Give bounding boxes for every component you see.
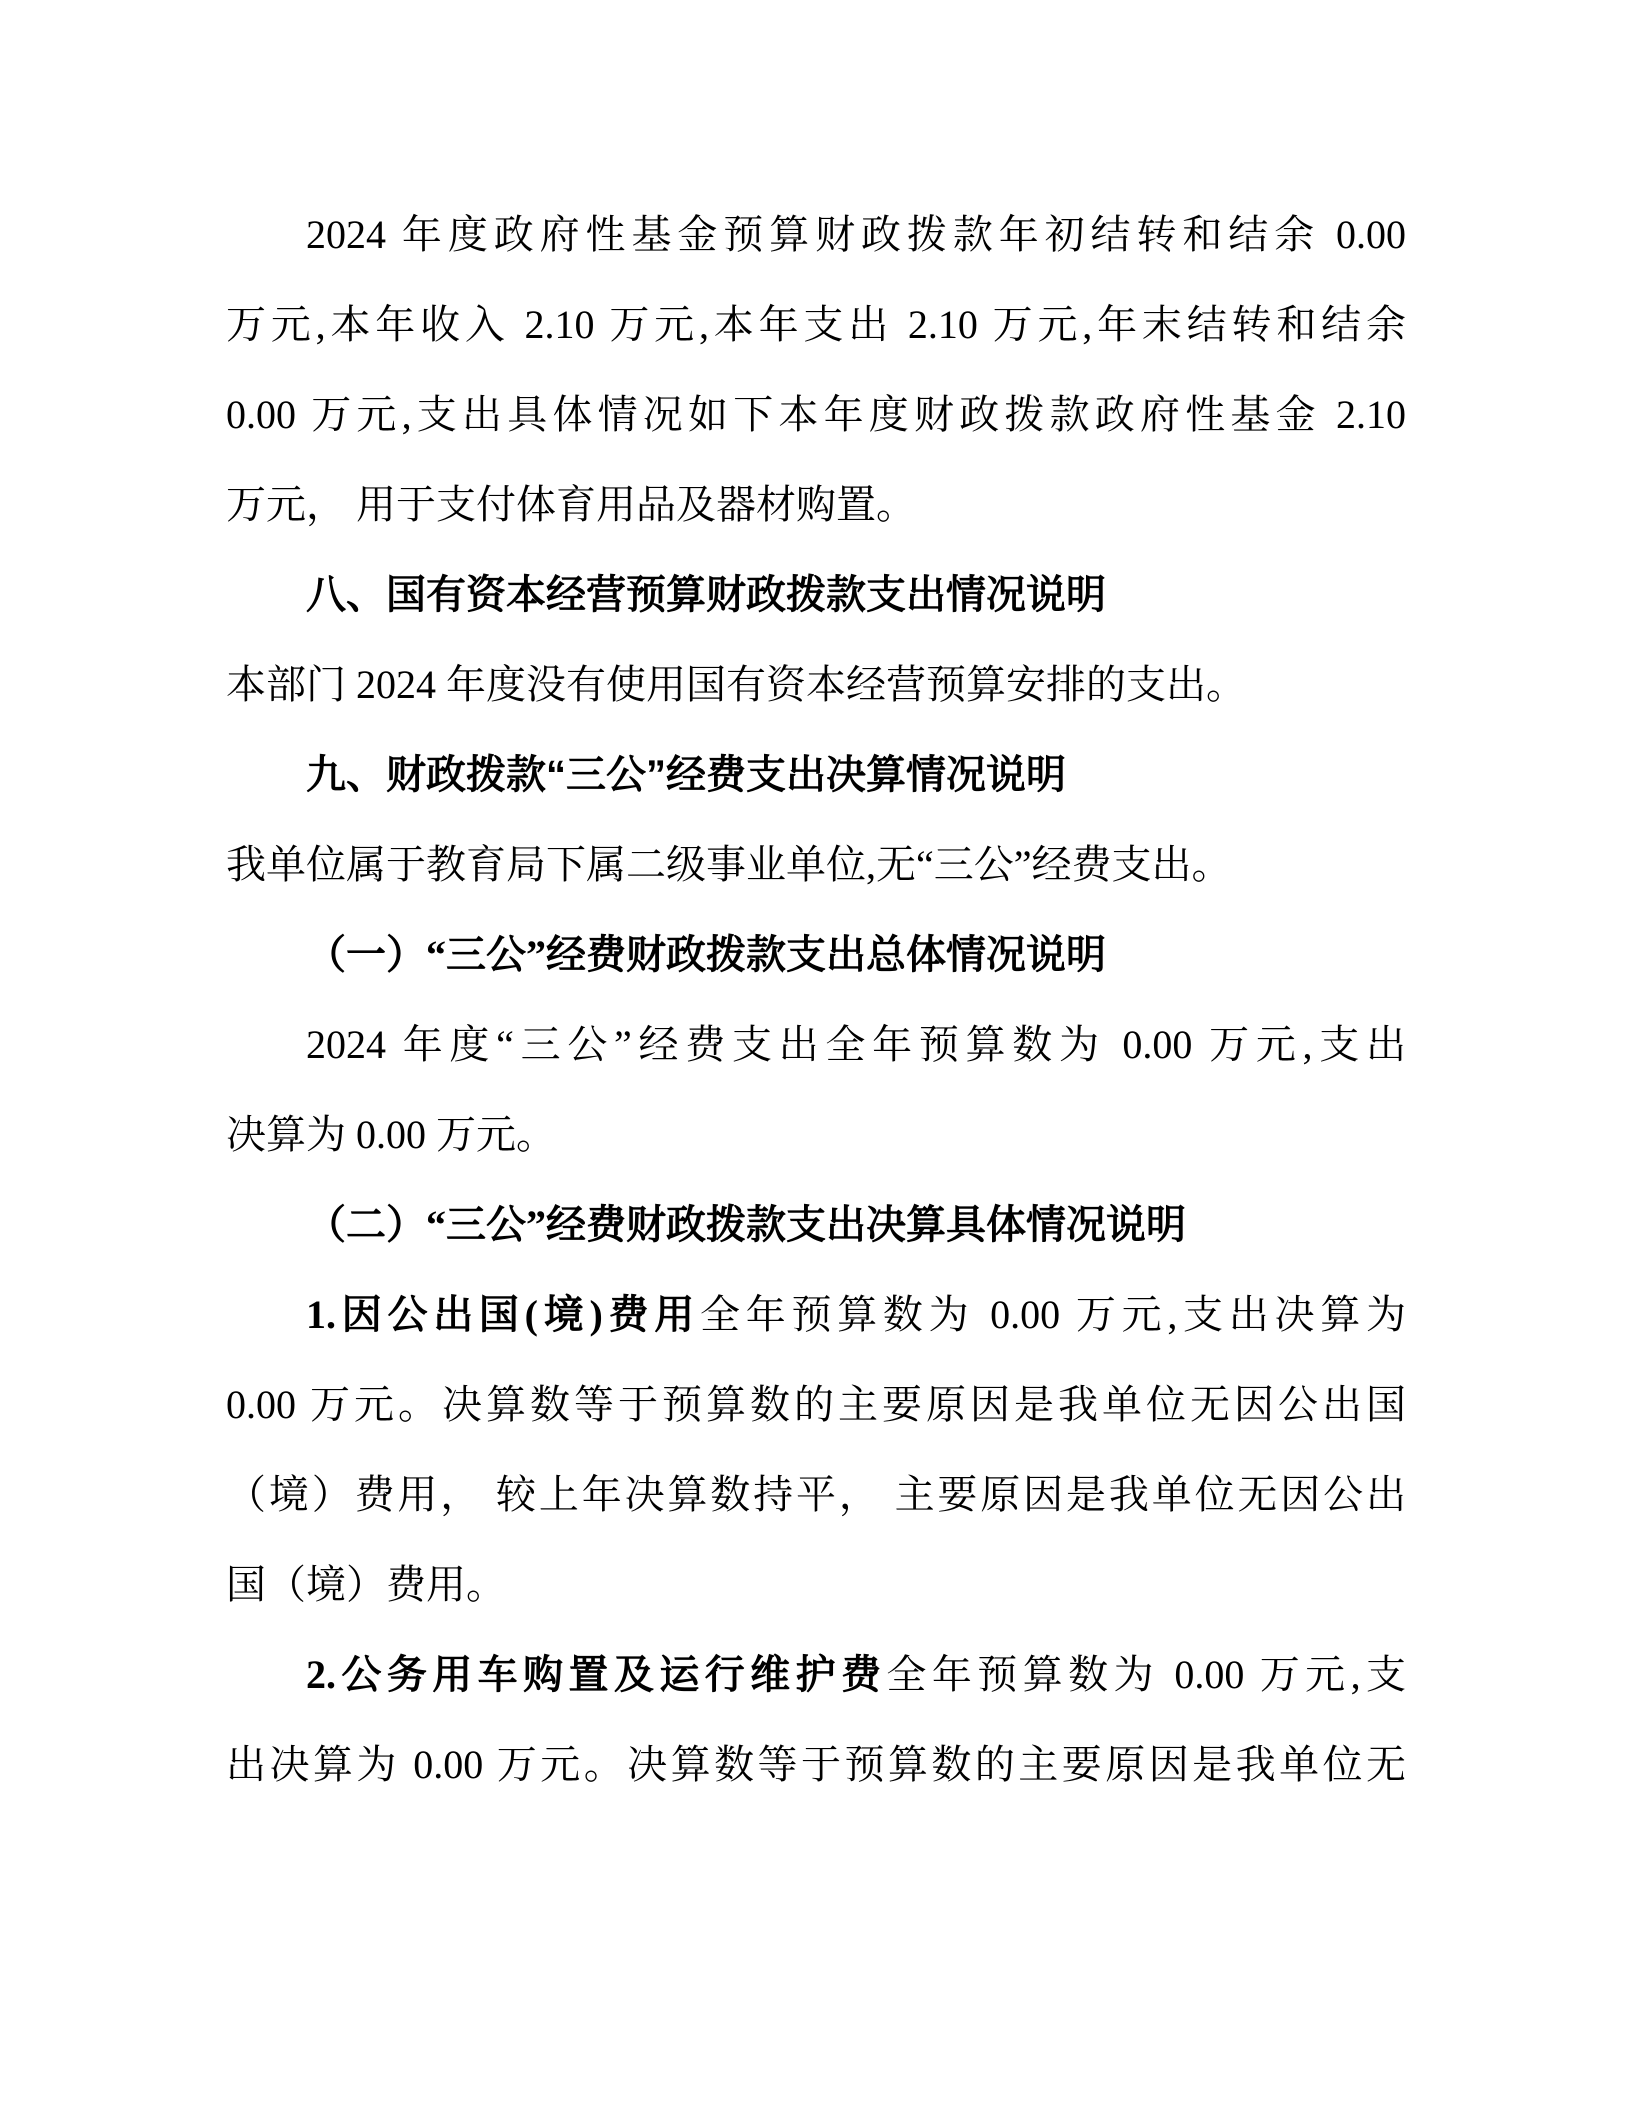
para-abroad-line-1: 1.因公出国(境)费用全年预算数为 0.00 万元,支出决算为 — [226, 1270, 1406, 1360]
para-gov-fund-line-2: 万元,本年收入 2.10 万元,本年支出 2.10 万元,年末结转和结余 — [226, 280, 1406, 370]
para-gov-fund-line-1: 2024 年度政府性基金预算财政拨款年初结转和结余 0.00 — [226, 190, 1406, 280]
para-section-9: 我单位属于教育局下属二级事业单位,无“三公”经费支出。 — [226, 820, 1406, 910]
para-vehicle-line-2: 出决算为 0.00 万元。决算数等于预算数的主要原因是我单位无 — [226, 1720, 1406, 1810]
vehicle-expense-term: 2.公务用车购置及运行维护费 — [306, 1652, 886, 1697]
document-page: 2024 年度政府性基金预算财政拨款年初结转和结余 0.00 万元,本年收入 2… — [0, 0, 1632, 2112]
para-abroad-line-2: 0.00 万元。决算数等于预算数的主要原因是我单位无因公出国 — [226, 1360, 1406, 1450]
para-abroad-line-3: （境）费用， 较上年决算数持平， 主要原因是我单位无因公出 — [226, 1450, 1406, 1540]
para-gov-fund-line-4: 万元， 用于支付体育用品及器材购置。 — [226, 460, 1406, 550]
document-text-block: 2024 年度政府性基金预算财政拨款年初结转和结余 0.00 万元,本年收入 2… — [226, 190, 1406, 1810]
subheading-sangong-detail: （二）“三公”经费财政拨款支出决算具体情况说明 — [226, 1180, 1406, 1270]
heading-section-9: 九、财政拨款“三公”经费支出决算情况说明 — [226, 730, 1406, 820]
heading-section-8: 八、国有资本经营预算财政拨款支出情况说明 — [226, 550, 1406, 640]
subheading-sangong-overall: （一）“三公”经费财政拨款支出总体情况说明 — [226, 910, 1406, 1000]
para-vehicle-line-1: 2.公务用车购置及运行维护费全年预算数为 0.00 万元,支 — [226, 1630, 1406, 1720]
para-section-8: 本部门 2024 年度没有使用国有资本经营预算安排的支出。 — [226, 640, 1406, 730]
para-abroad-line-4: 国（境）费用。 — [226, 1540, 1406, 1630]
para-gov-fund-line-3: 0.00 万元,支出具体情况如下本年度财政拨款政府性基金 2.10 — [226, 370, 1406, 460]
vehicle-expense-text: 全年预算数为 0.00 万元,支 — [886, 1652, 1406, 1697]
para-sangong-overall-line-1: 2024 年度“三公”经费支出全年预算数为 0.00 万元,支出 — [226, 1000, 1406, 1090]
abroad-expense-term: 1.因公出国(境)费用 — [306, 1292, 700, 1337]
para-sangong-overall-line-2: 决算为 0.00 万元。 — [226, 1090, 1406, 1180]
abroad-expense-text: 全年预算数为 0.00 万元,支出决算为 — [700, 1292, 1406, 1337]
